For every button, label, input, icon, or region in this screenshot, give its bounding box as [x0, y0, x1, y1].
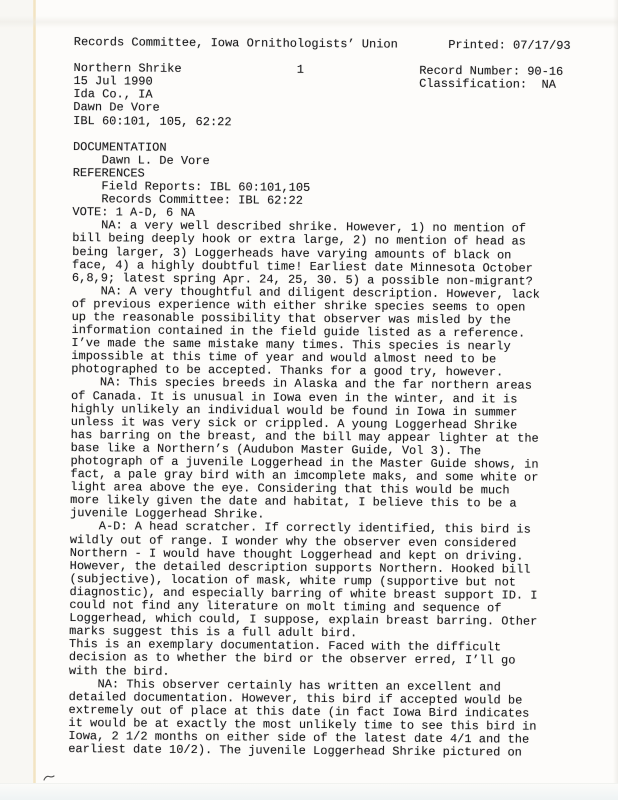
classification-value: NA [541, 79, 556, 92]
scan-bottom-edge [0, 783, 618, 800]
scan-top-artifact [0, 16, 618, 28]
printed-date: 07/17/93 [513, 39, 571, 53]
comment-lines: NA: a very well described shrike. Howeve… [68, 219, 577, 760]
handwritten-mark [43, 769, 55, 787]
document-text-block: Records Committee, Iowa Ornithologists’ … [68, 36, 579, 760]
printed-label: Printed: [448, 39, 506, 53]
classification-label: Classification: [419, 78, 527, 92]
scanned-document: { "document": { "header": { "committee":… [0, 0, 618, 800]
page-number: 1 [297, 64, 304, 77]
scan-left-margin [0, 0, 33, 800]
ibl-citation: IBL 60:101, 105, 62:22 [73, 115, 232, 129]
scan-right-edge [613, 0, 618, 800]
paper-edge-line [33, 0, 36, 800]
comment-line: earliest date 10/2). The juvenile Logger… [68, 743, 573, 760]
